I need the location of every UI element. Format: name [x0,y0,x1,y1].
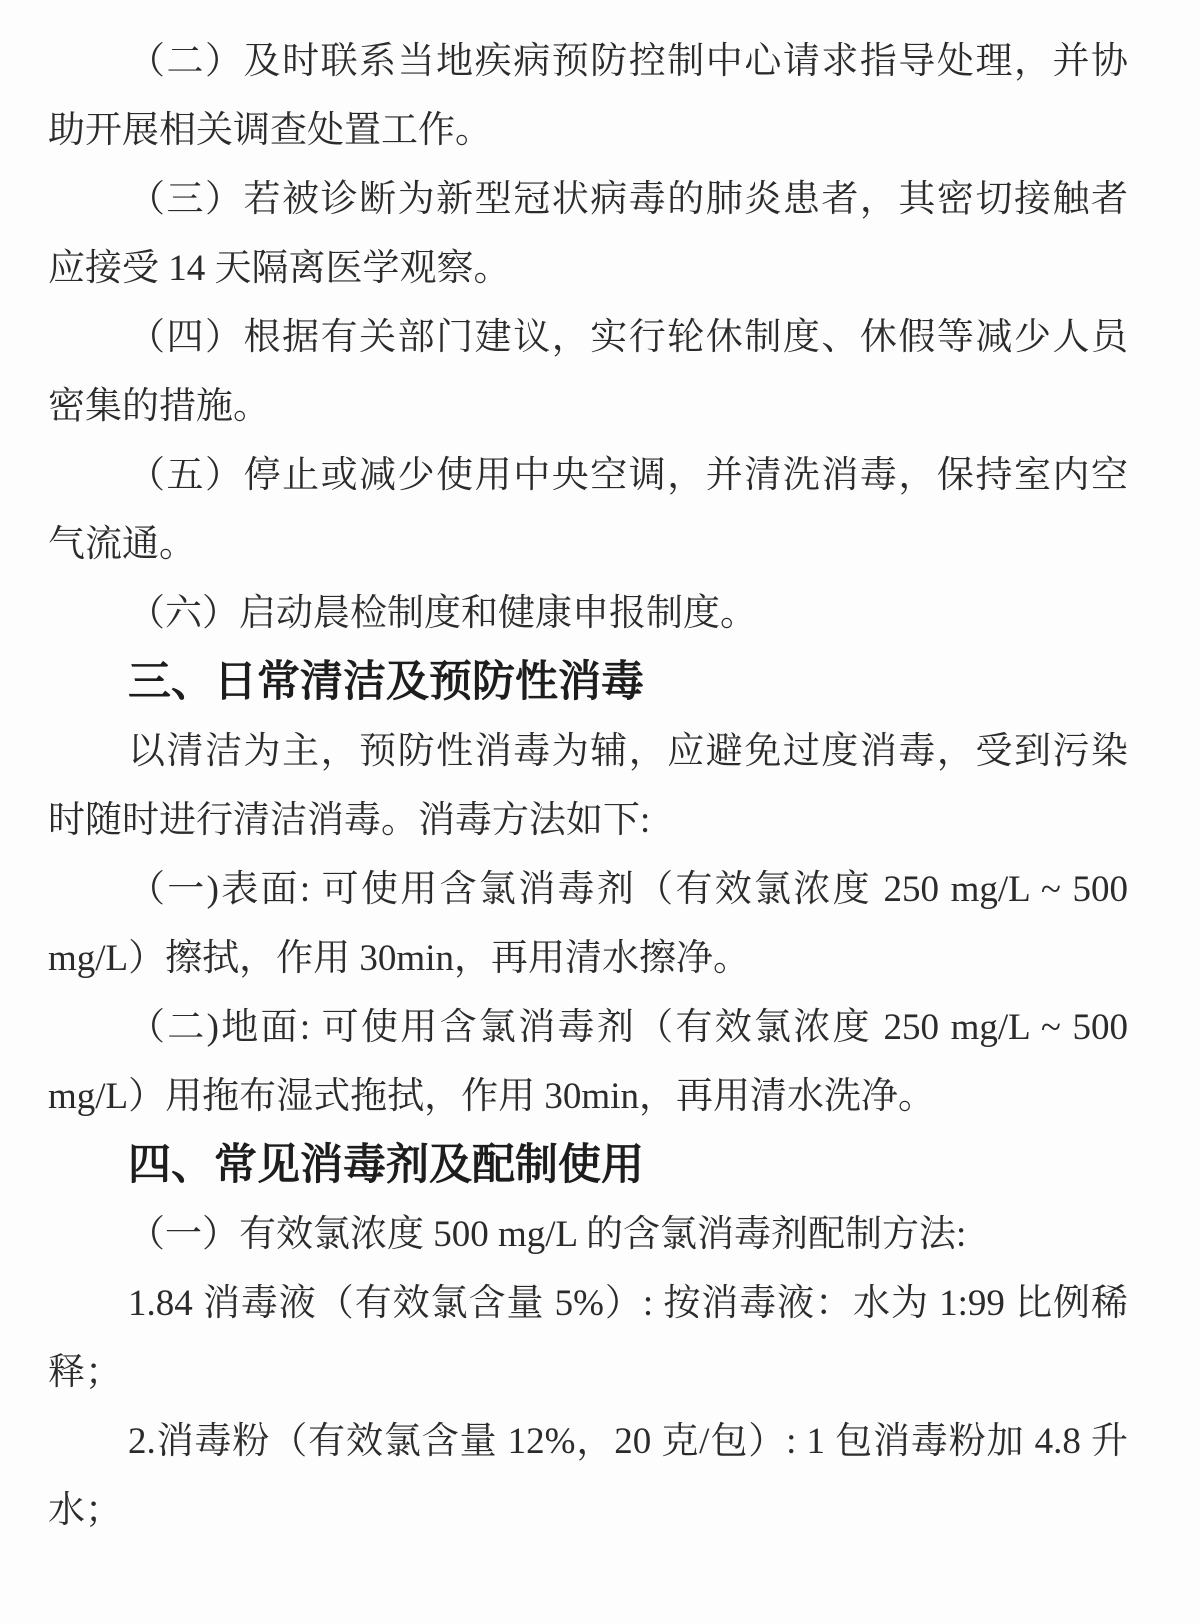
section-heading: 三、日常清洁及预防性消毒 [48,648,1128,717]
text-line: （一)表面: 可使用含氯消毒剂（有效氯浓度 250 mg/L ~ 500 [48,855,1128,924]
text-line: （六）启动晨检制度和健康申报制度。 [48,579,1128,648]
text-line: 水； [48,1476,1128,1545]
text-line: （二)地面: 可使用含氯消毒剂（有效氯浓度 250 mg/L ~ 500 [48,993,1128,1062]
document-page: （二）及时联系当地疾病预防控制中心请求指导处理，并协助开展相关调查处置工作。（三… [0,0,1200,1623]
text-line: 释； [48,1338,1128,1407]
text-line: 应接受 14 天隔离医学观察。 [48,234,1128,303]
text-line: mg/L）擦拭，作用 30min，再用清水擦净。 [48,924,1128,993]
text-line: 气流通。 [48,510,1128,579]
text-line: 2.消毒粉（有效氯含量 12%，20 克/包）: 1 包消毒粉加 4.8 升 [48,1407,1128,1476]
text-line: （四）根据有关部门建议，实行轮休制度、休假等减少人员 [48,303,1128,372]
text-line: 密集的措施。 [48,372,1128,441]
section-heading: 四、常见消毒剂及配制使用 [48,1131,1128,1200]
document-text-block: （二）及时联系当地疾病预防控制中心请求指导处理，并协助开展相关调查处置工作。（三… [48,27,1128,1545]
text-line: mg/L）用拖布湿式拖拭，作用 30min，再用清水洗净。 [48,1062,1128,1131]
text-line: （三）若被诊断为新型冠状病毒的肺炎患者，其密切接触者 [48,165,1128,234]
text-line: 时随时进行清洁消毒。消毒方法如下: [48,786,1128,855]
text-line: 助开展相关调查处置工作。 [48,96,1128,165]
text-line: （一）有效氯浓度 500 mg/L 的含氯消毒剂配制方法: [48,1200,1128,1269]
text-line: 以清洁为主，预防性消毒为辅，应避免过度消毒，受到污染 [48,717,1128,786]
text-line: （二）及时联系当地疾病预防控制中心请求指导处理，并协 [48,27,1128,96]
text-line: （五）停止或减少使用中央空调，并清洗消毒，保持室内空 [48,441,1128,510]
text-line: 1.84 消毒液（有效氯含量 5%）: 按消毒液：水为 1:99 比例稀 [48,1269,1128,1338]
